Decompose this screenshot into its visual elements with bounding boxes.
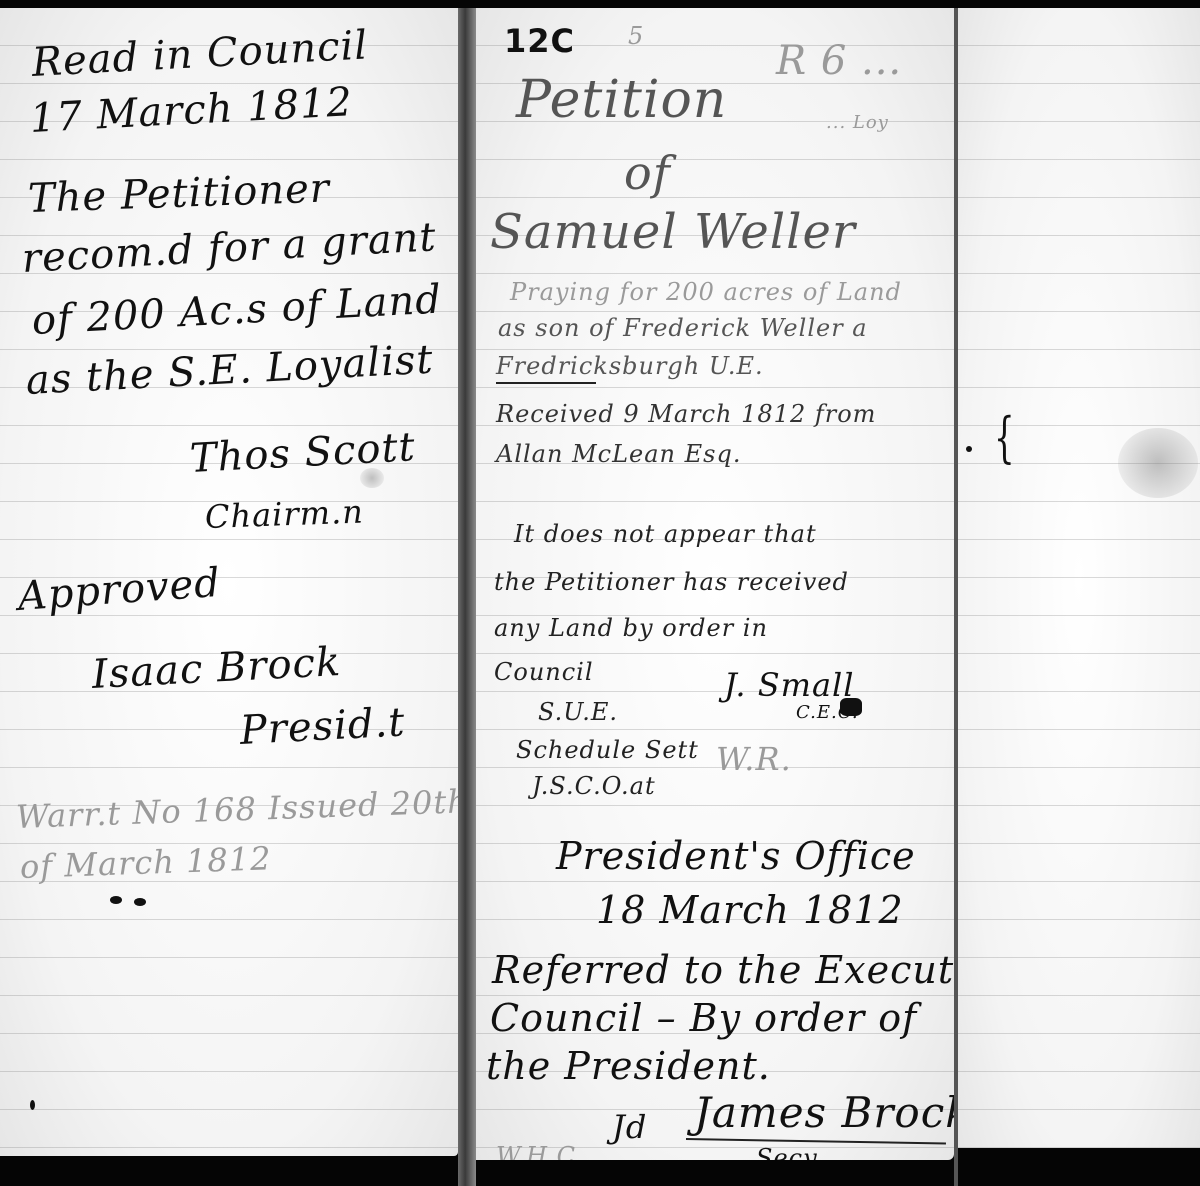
ink-spot <box>30 1100 35 1110</box>
faint-mark-right: R 6 ... <box>776 38 902 84</box>
ink-blot <box>840 698 862 716</box>
prayer-line-3: Fredricksburgh U.E. <box>496 352 764 380</box>
council-read-line: Read in Council <box>31 22 369 86</box>
recommendation-line-1: The Petitioner <box>27 165 330 222</box>
petitioner-name: Samuel Weller <box>490 204 856 260</box>
report-line-3: any Land by order in <box>494 614 768 642</box>
folio-number: 12C <box>504 22 575 60</box>
president-title: Presid.t <box>239 699 407 754</box>
initials-1: S.U.E. <box>538 698 618 726</box>
paper-stain <box>1118 428 1198 498</box>
underline <box>496 382 596 384</box>
referral-line-1: Referred to the Executive <box>492 948 954 992</box>
chairman-title: Chairm.n <box>204 492 364 536</box>
president-signature: Isaac Brock <box>91 639 342 698</box>
initials-2: Schedule Sett <box>516 736 699 764</box>
report-line-2: the Petitioner has received <box>494 568 849 596</box>
initials-3: J.S.C.O.at <box>532 772 656 800</box>
report-line-4: Council <box>494 658 594 686</box>
recommendation-line-4: as the S.E. Loyalist <box>25 337 435 404</box>
right-page: { <box>958 8 1200 1148</box>
middle-page: 12C 5 R 6 ... ... Loy Petition of Samuel… <box>476 8 954 1160</box>
recommendation-line-2: recom.d for a grant <box>21 214 438 282</box>
referral-line-2: Council – By order of <box>490 996 917 1040</box>
binding-gutter <box>458 8 476 1186</box>
ink-spot <box>134 898 146 906</box>
ink-smudge <box>360 468 384 488</box>
faint-mark-top: 5 <box>628 22 644 50</box>
received-line-1: Received 9 March 1812 from <box>496 400 876 428</box>
warrant-note-line-1: Warr.t No 168 Issued 20th <box>15 782 458 836</box>
petition-title-of: of <box>624 146 671 200</box>
warrant-note-line-2: of March 1812 <box>19 839 272 886</box>
office-date: 18 March 1812 <box>596 888 904 932</box>
received-line-2: Allan McLean Esq. <box>496 440 741 468</box>
prayer-line-1: Praying for 200 acres of Land <box>510 278 902 306</box>
recommendation-line-3: of 200 Ac.s of Land <box>31 277 443 344</box>
bottom-faint-note: W.H.C. <box>496 1142 584 1160</box>
secretary-signature: James Brock <box>694 1088 954 1137</box>
council-read-date: 17 March 1812 <box>29 79 354 142</box>
secretary-title: Secy <box>756 1144 818 1160</box>
prayer-line-2: as son of Frederick Weller a <box>498 314 868 342</box>
ink-spot <box>110 896 122 904</box>
ink-spot <box>966 446 972 452</box>
referral-line-3: the President. <box>486 1044 771 1088</box>
approval-label: Approved <box>16 560 222 620</box>
faint-mark-center: W.R. <box>716 740 792 778</box>
left-page: Read in Council 17 March 1812 The Petiti… <box>0 8 458 1156</box>
faint-mark-right-sub: ... Loy <box>826 112 889 133</box>
secretary-prefix: Jd <box>612 1108 647 1146</box>
office-heading: President's Office <box>556 834 916 878</box>
scanned-document: Read in Council 17 March 1812 The Petiti… <box>0 0 1200 1186</box>
bracket-mark: { <box>994 406 1015 469</box>
surveyor-signature: J. Small <box>724 666 855 704</box>
report-line-1: It does not appear that <box>514 520 817 548</box>
petition-title: Petition <box>516 70 727 130</box>
